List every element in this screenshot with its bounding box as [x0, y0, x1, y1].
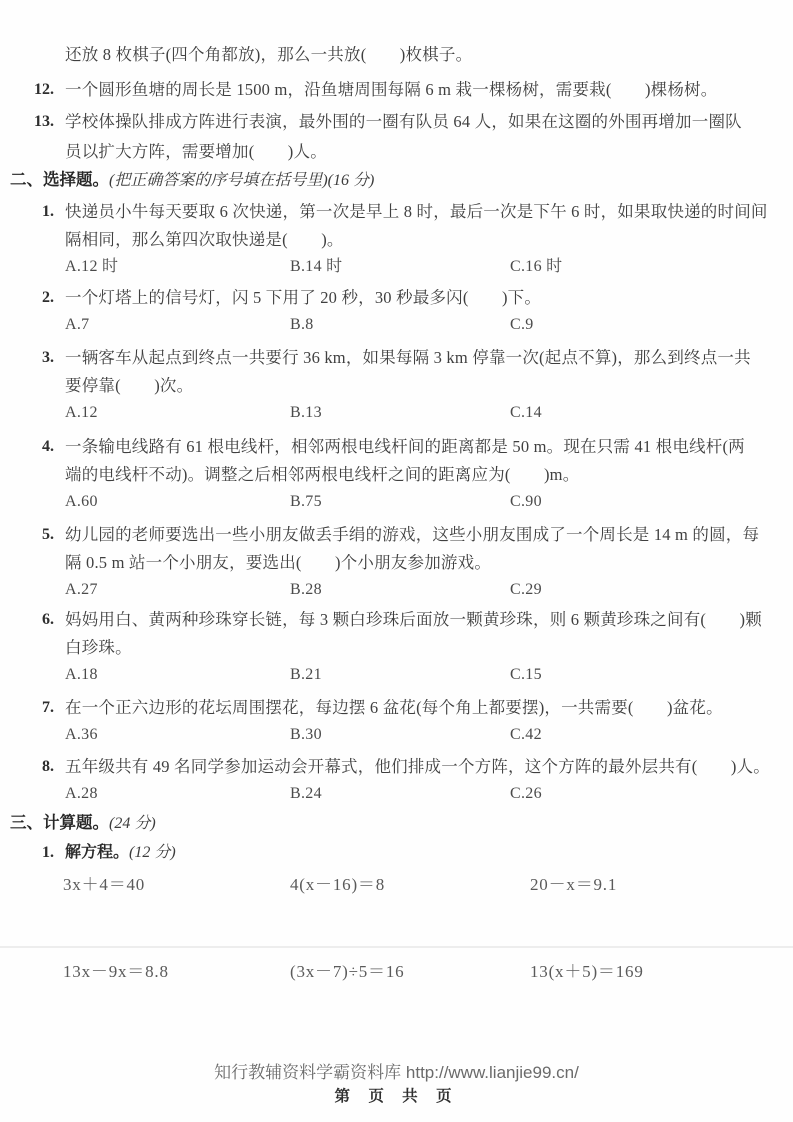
section-3-header: 三、计算题。(24 分) — [10, 809, 793, 838]
option-b: B.14 时 — [290, 254, 510, 280]
option-c: C.15 — [510, 662, 793, 688]
question-2-options: A.7 B.8 C.9 — [0, 312, 793, 338]
question-1-options: A.12 时 B.14 时 C.16 时 — [0, 254, 793, 280]
choice-question-4: 4. 一条输电线路有 61 根电线杆，相邻两根电线杆间的距离都是 50 m。现在… — [0, 433, 793, 515]
choice-question-1: 1. 快递员小牛每天要取 6 次快递，第一次是早上 8 时，最后一次是下午 6 … — [0, 198, 793, 280]
question-13-text-line1: 学校体操队排成方阵进行表演，最外围的一圈有队员 64 人，如果在这圈的外围再增加… — [0, 108, 793, 136]
option-c: C.26 — [510, 781, 793, 807]
option-a: A.27 — [65, 577, 290, 603]
footer-watermark-text: 知行教辅资料学霸资料库 http://www.lianjie99.cn/ — [0, 1062, 793, 1084]
question-7-options: A.36 B.30 C.42 — [0, 722, 793, 748]
option-b: B.30 — [290, 722, 510, 748]
question-11-continuation-text: 还放 8 枚棋子(四个角都放)，那么一共放( )枚棋子。 — [0, 41, 793, 69]
choice-question-3: 3. 一辆客车从起点到终点一共要行 36 km，如果每隔 3 km 停靠一次(起… — [0, 344, 793, 426]
question-5-text-line1: 幼儿园的老师要选出一些小朋友做丢手绢的游戏，这些小朋友围成了一个周长是 14 m… — [0, 521, 793, 549]
equation-6: 13(x＋5)＝169 — [530, 958, 793, 986]
option-c: C.14 — [510, 400, 793, 426]
option-a: A.12 时 — [65, 254, 290, 280]
option-b: B.13 — [290, 400, 510, 426]
option-a: A.12 — [65, 400, 290, 426]
option-c: C.9 — [510, 312, 793, 338]
question-13-number: 13. — [34, 108, 54, 136]
question-4-text-line1: 一条输电线路有 61 根电线杆，相邻两根电线杆间的距离都是 50 m。现在只需 … — [0, 433, 793, 461]
question-5-text-line2: 隔 0.5 m 站一个小朋友，要选出( )个小朋友参加游戏。 — [0, 549, 793, 577]
question-13-text-line2: 员以扩大方阵，需要增加( )人。 — [0, 138, 793, 166]
equation-5: (3x－7)÷5＝16 — [290, 958, 530, 986]
option-a: A.7 — [65, 312, 290, 338]
option-b: B.21 — [290, 662, 510, 688]
question-1-text-line2: 隔相同，那么第四次取快递是( )。 — [0, 226, 793, 254]
question-6-text-line1: 妈妈用白、黄两种珍珠穿长链，每 3 颗白珍珠后面放一颗黄珍珠，则 6 颗黄珍珠之… — [0, 606, 793, 634]
question-7-number: 7. — [42, 694, 54, 722]
question-5-options: A.27 B.28 C.29 — [0, 577, 793, 603]
option-a: A.60 — [65, 489, 290, 515]
question-3-text-line1: 一辆客车从起点到终点一共要行 36 km，如果每隔 3 km 停靠一次(起点不算… — [0, 344, 793, 372]
solve-equations-subheader: 1. 解方程。(12 分) — [0, 839, 793, 867]
footer-page-indicator: 第 页 共 页 — [0, 1086, 793, 1108]
option-c: C.90 — [510, 489, 793, 515]
choice-question-6: 6. 妈妈用白、黄两种珍珠穿长链，每 3 颗白珍珠后面放一颗黄珍珠，则 6 颗黄… — [0, 606, 793, 688]
option-b: B.75 — [290, 489, 510, 515]
exam-paper-page: 还放 8 枚棋子(四个角都放)，那么一共放( )枚棋子。 12. 一个圆形鱼塘的… — [0, 0, 793, 1122]
equations-row-1: 3x＋4＝40 4(x－16)＝8 20－x＝9.1 — [0, 871, 793, 899]
fill-question-12: 12. 一个圆形鱼塘的周长是 1500 m，沿鱼塘周围每隔 6 m 栽一棵杨树，… — [0, 76, 793, 104]
subsection-1-number: 1. — [42, 839, 54, 867]
question-2-text-line1: 一个灯塔上的信号灯，闪 5 下用了 20 秒，30 秒最多闪( )下。 — [0, 284, 793, 312]
scan-artifact-divider-line — [0, 946, 793, 948]
question-12-number: 12. — [34, 76, 54, 104]
question-1-number: 1. — [42, 198, 54, 226]
option-b: B.28 — [290, 577, 510, 603]
question-8-text-line1: 五年级共有 49 名同学参加运动会开幕式，他们排成一个方阵，这个方阵的最外层共有… — [0, 753, 793, 781]
question-6-text-line2: 白珍珠。 — [0, 634, 793, 662]
option-c: C.42 — [510, 722, 793, 748]
option-a: A.18 — [65, 662, 290, 688]
question-2-number: 2. — [42, 284, 54, 312]
subsection-1-score: (12 分) — [129, 844, 176, 861]
question-6-number: 6. — [42, 606, 54, 634]
question-4-text-line2: 端的电线杆不动)。调整之后相邻两根电线杆之间的距离应为( )m。 — [0, 461, 793, 489]
question-7-text-line1: 在一个正六边形的花坛周围摆花，每边摆 6 盆花(每个角上都要摆)，一共需要( )… — [0, 694, 793, 722]
subsection-1-text: 解方程。 — [65, 844, 129, 861]
choice-question-2: 2. 一个灯塔上的信号灯，闪 5 下用了 20 秒，30 秒最多闪( )下。 A… — [0, 284, 793, 338]
question-8-options: A.28 B.24 C.26 — [0, 781, 793, 807]
option-b: B.8 — [290, 312, 510, 338]
equation-1: 3x＋4＝40 — [63, 871, 290, 899]
question-12-text: 一个圆形鱼塘的周长是 1500 m，沿鱼塘周围每隔 6 m 栽一棵杨树，需要栽(… — [0, 76, 793, 104]
section-2-title: 二、选择题。 — [10, 171, 109, 189]
choice-question-5: 5. 幼儿园的老师要选出一些小朋友做丢手绢的游戏，这些小朋友围成了一个周长是 1… — [0, 521, 793, 603]
question-4-options: A.60 B.75 C.90 — [0, 489, 793, 515]
section-3-score: (24 分) — [109, 815, 156, 832]
choice-question-7: 7. 在一个正六边形的花坛周围摆花，每边摆 6 盆花(每个角上都要摆)，一共需要… — [0, 694, 793, 748]
option-c: C.16 时 — [510, 254, 793, 280]
question-4-number: 4. — [42, 433, 54, 461]
section-2-header: 二、选择题。(把正确答案的序号填在括号里)(16 分) — [10, 166, 793, 195]
question-8-number: 8. — [42, 753, 54, 781]
fill-question-13: 13. 学校体操队排成方阵进行表演，最外围的一圈有队员 64 人，如果在这圈的外… — [0, 108, 793, 166]
option-a: A.28 — [65, 781, 290, 807]
question-1-text-line1: 快递员小牛每天要取 6 次快递，第一次是早上 8 时，最后一次是下午 6 时，如… — [0, 198, 793, 226]
equations-row-2: 13x－9x＝8.8 (3x－7)÷5＝16 13(x＋5)＝169 — [0, 958, 793, 986]
choice-question-8: 8. 五年级共有 49 名同学参加运动会开幕式，他们排成一个方阵，这个方阵的最外… — [0, 753, 793, 807]
question-6-options: A.18 B.21 C.15 — [0, 662, 793, 688]
question-3-text-line2: 要停靠( )次。 — [0, 372, 793, 400]
equation-3: 20－x＝9.1 — [530, 871, 793, 899]
option-a: A.36 — [65, 722, 290, 748]
section-3-title: 三、计算题。 — [10, 814, 109, 832]
section-2-subtitle: (把正确答案的序号填在括号里)(16 分) — [109, 172, 374, 189]
equation-4: 13x－9x＝8.8 — [63, 958, 290, 986]
equation-2: 4(x－16)＝8 — [290, 871, 530, 899]
subsection-1-label: 解方程。(12 分) — [0, 839, 793, 867]
option-c: C.29 — [510, 577, 793, 603]
question-5-number: 5. — [42, 521, 54, 549]
option-b: B.24 — [290, 781, 510, 807]
question-3-number: 3. — [42, 344, 54, 372]
question-3-options: A.12 B.13 C.14 — [0, 400, 793, 426]
